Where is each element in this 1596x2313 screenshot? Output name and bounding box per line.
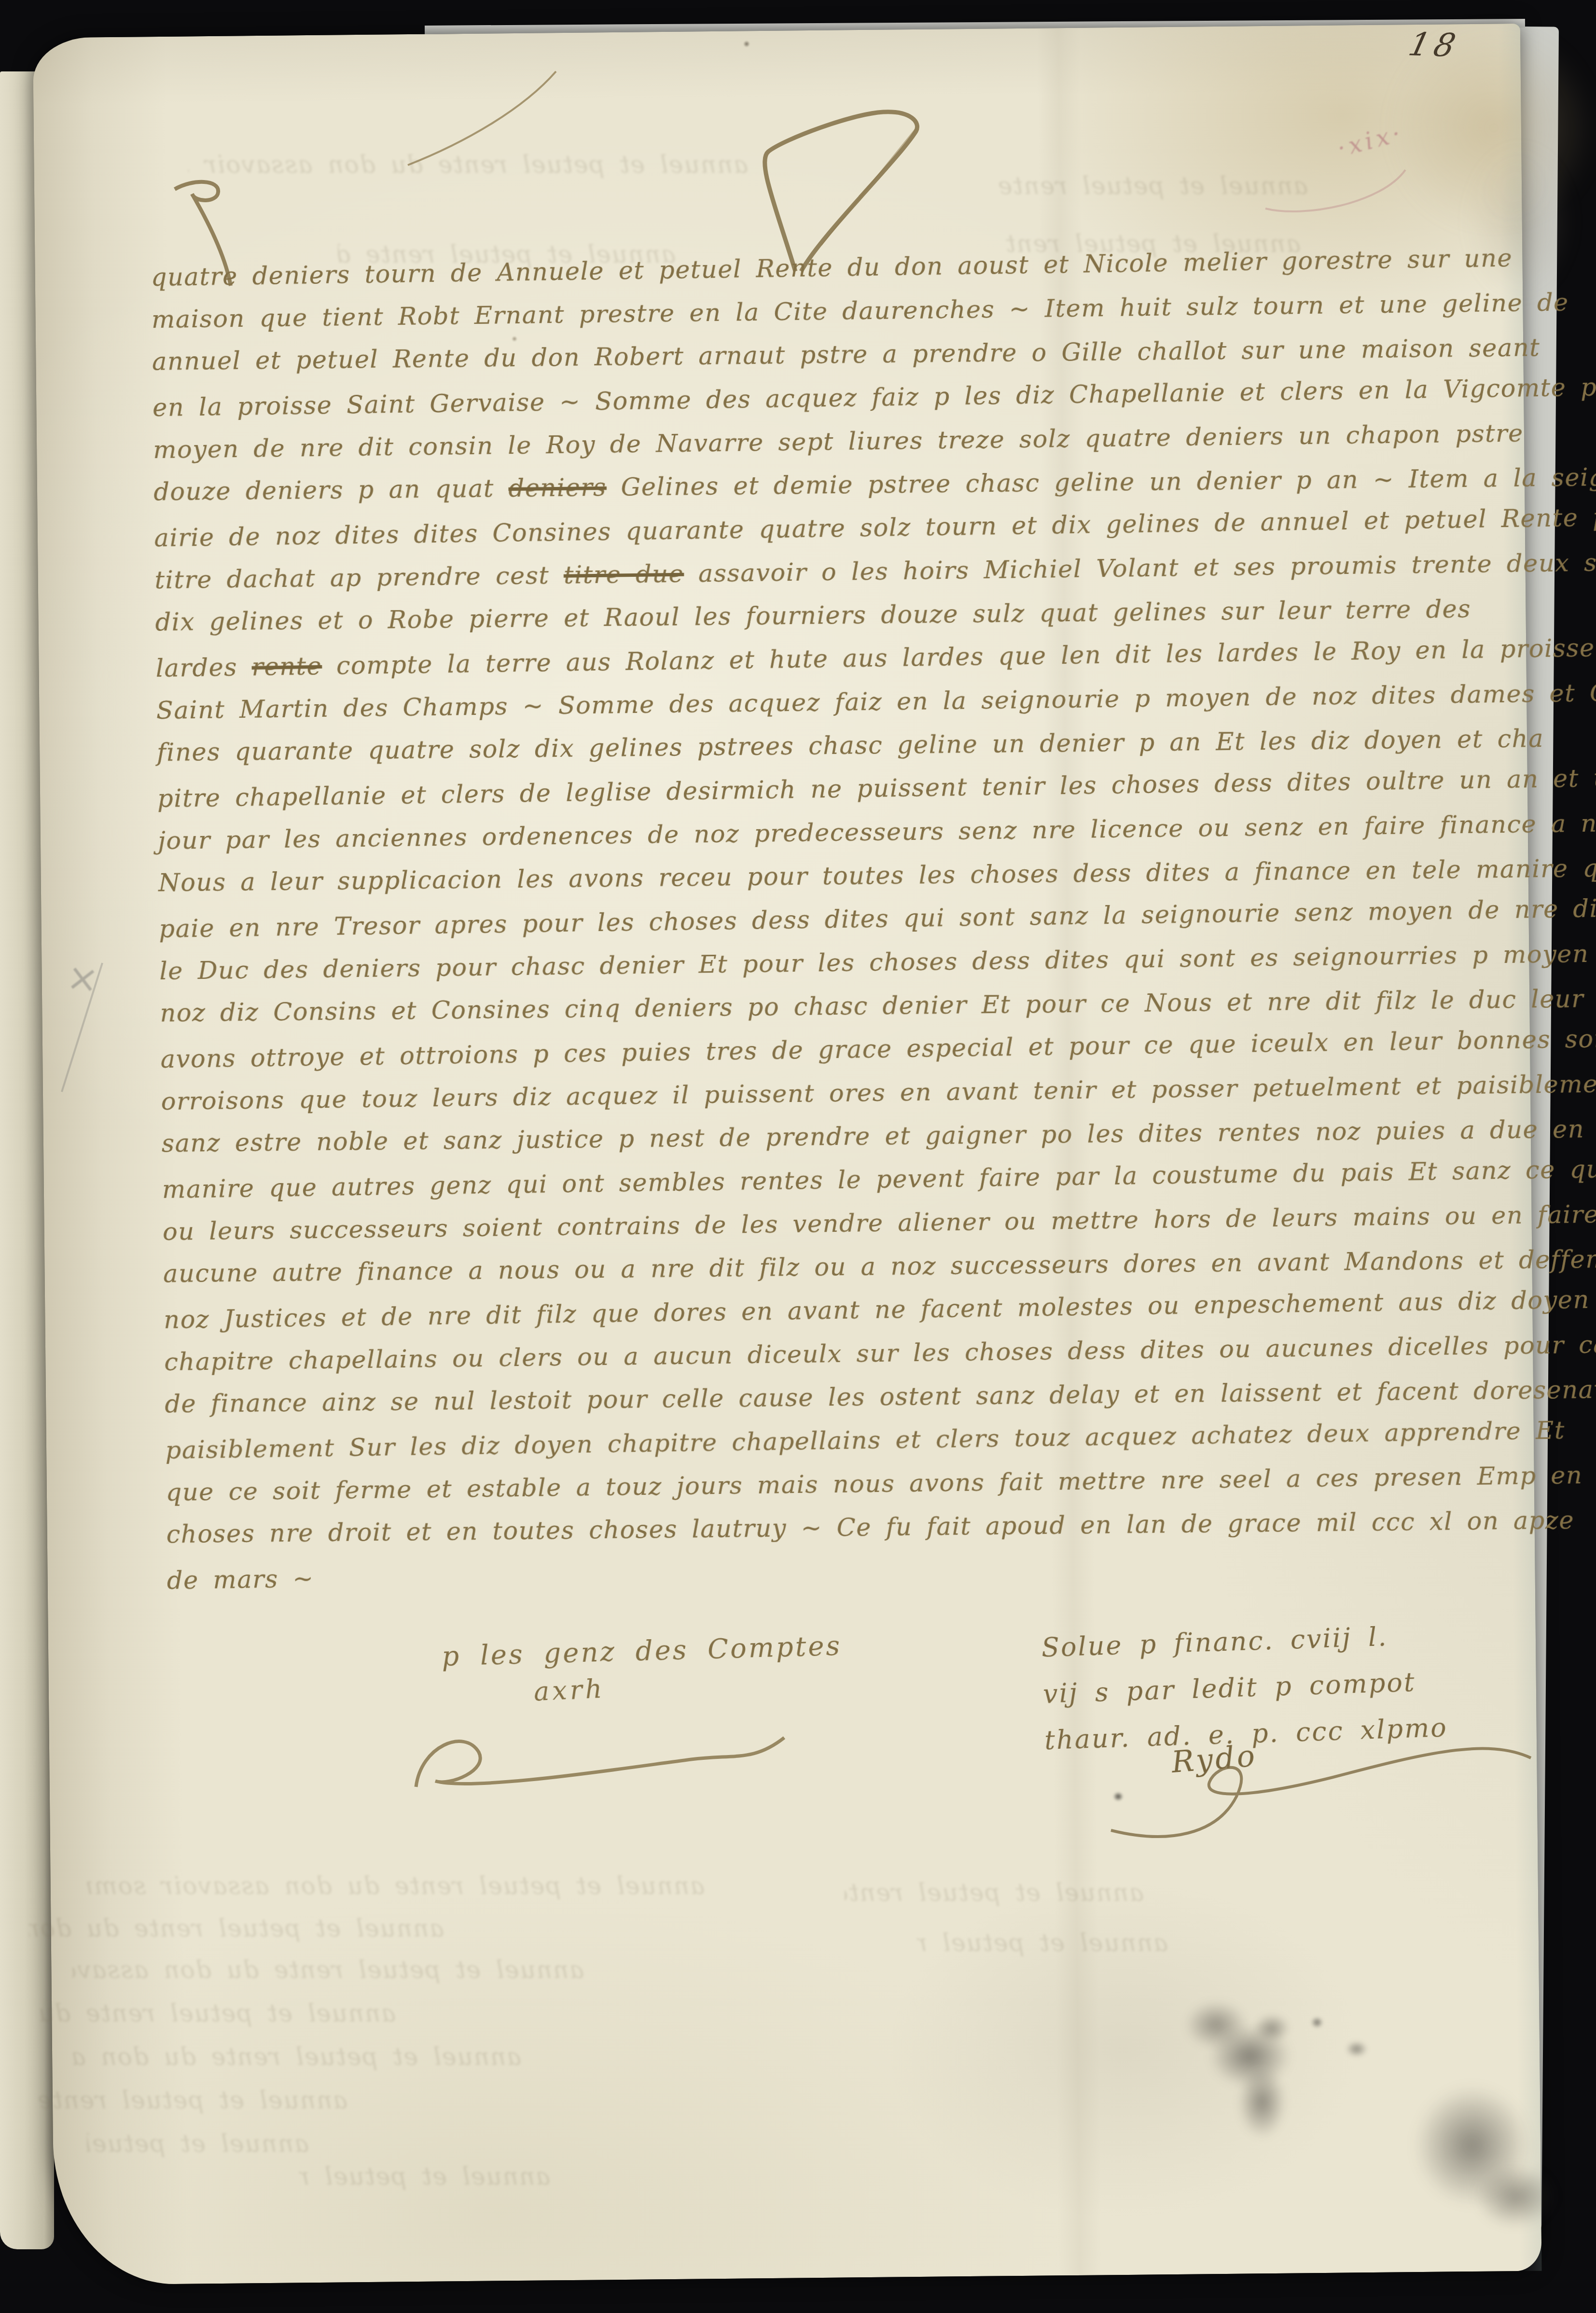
struck-word: rente bbox=[251, 652, 322, 682]
comptes-attestation: p les genz des Comptes bbox=[441, 1630, 842, 1672]
showthrough-text: annuel et petuel rente du don assavoir s… bbox=[29, 1914, 444, 1942]
clerk-signature: Rydo bbox=[1170, 1738, 1259, 1780]
showthrough-text: annuel et petuel rente du don assavoir s… bbox=[29, 2086, 347, 2114]
line-segment: douze deniers p an quat bbox=[153, 474, 509, 506]
showthrough-text: annuel et petuel rente du don assavoir s… bbox=[72, 1956, 584, 1984]
line-segment: de mars ~ bbox=[167, 1564, 314, 1595]
red-foliation-mark: ·xix· bbox=[1334, 119, 1407, 162]
line-segment: titre dachat ap prendre cest bbox=[154, 561, 564, 595]
showthrough-text: annuel et petuel rente du don assavoir s… bbox=[29, 1999, 396, 2027]
line-segment: assavoir o les hoirs Michiel Volant et s… bbox=[684, 548, 1596, 588]
showthrough-text: annuel et petuel rente du don assavoir s… bbox=[72, 2043, 521, 2071]
showthrough-text: annuel et petuel rente du don assavoir s… bbox=[338, 240, 676, 268]
collation-mark: axrh bbox=[533, 1673, 606, 1707]
showthrough-text: annuel et petuel rente du don assavoir s… bbox=[917, 1929, 1168, 1957]
line-segment: lardes bbox=[155, 653, 252, 683]
folio-number: 18 bbox=[1405, 26, 1464, 64]
line-segment: Gelines et demie pstree chasc geline un … bbox=[607, 463, 1596, 502]
manuscript-text-block: quatre deniers tourn de Annuele et petue… bbox=[151, 239, 1475, 1602]
struck-word: titre due bbox=[564, 560, 684, 590]
margin-pencil-cross: × bbox=[64, 955, 101, 1003]
manuscript-photo: 18 ·xix· × quatre deniers tourn de Annue… bbox=[0, 0, 1596, 2313]
showthrough-text: annuel et petuel rente du don assavoir s… bbox=[87, 1872, 705, 1900]
line-segment: moyen de nre dit consin le Roy de Navarr… bbox=[153, 419, 1524, 464]
line-segment: dix gelines et o Robe pierre et Raoul le… bbox=[155, 595, 1471, 637]
showthrough-text: annuel et petuel rente du don assavoir s… bbox=[188, 151, 748, 179]
showthrough-text: annuel et petuel rente du don assavoir s… bbox=[87, 2130, 309, 2158]
showthrough-text: annuel et petuel rente du don assavoir s… bbox=[299, 2162, 550, 2190]
showthrough-text: annuel et petuel rente du don assavoir s… bbox=[1006, 230, 1301, 258]
showthrough-text: annuel et petuel rente du don assavoir s… bbox=[845, 1879, 1144, 1907]
showthrough-text: annuel et petuel rente du don assavoir s… bbox=[989, 172, 1308, 200]
parchment-page: 18 ·xix· × quatre deniers tourn de Annue… bbox=[33, 24, 1542, 2285]
struck-word: deniers bbox=[508, 474, 607, 503]
